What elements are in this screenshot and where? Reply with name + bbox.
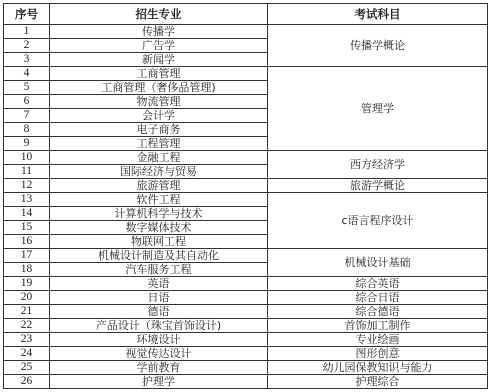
table-row: 26 护理学 护理综合 [4,375,488,389]
major-cell: 汽车服务工程 [50,263,268,277]
row-number: 10 [4,151,50,165]
major-cell: 软件工程 [50,193,268,207]
major-cell: 数字媒体技术 [50,221,268,235]
table-row: 21 德语 综合德语 [4,305,488,319]
major-cell: 护理学 [50,375,268,389]
exam-cell: 传播学概论 [268,25,488,67]
row-number: 18 [4,263,50,277]
exam-cell: 综合德语 [268,305,488,319]
row-number: 12 [4,179,50,193]
row-number: 24 [4,347,50,361]
table-row: 12 旅游管理 旅游学概论 [4,179,488,193]
exam-cell: 西方经济学 [268,151,488,179]
row-number: 1 [4,25,50,39]
row-number: 19 [4,277,50,291]
table-row: 24 视觉传达设计 图形创意 [4,347,488,361]
major-cell: 物联网工程 [50,235,268,249]
major-cell: 工程管理 [50,137,268,151]
row-number: 4 [4,67,50,81]
exam-cell: 管理学 [268,67,488,151]
row-number: 8 [4,123,50,137]
exam-cell: 护理综合 [268,375,488,389]
admissions-exam-table: 序号 招生专业 考试科目 1 传播学 传播学概论 2 广告学 3 新闻学 4 工… [3,3,488,389]
major-cell: 产品设计（珠宝首饰设计) [50,319,268,333]
header-row: 序号 招生专业 考试科目 [4,4,488,25]
major-cell: 视觉传达设计 [50,347,268,361]
exam-cell: 机械设计基础 [268,249,488,277]
major-cell: 日语 [50,291,268,305]
row-number: 14 [4,207,50,221]
row-number: 21 [4,305,50,319]
row-number: 5 [4,81,50,95]
header-exam: 考试科目 [268,4,488,25]
table-row: 17 机械设计制造及其自动化 机械设计基础 [4,249,488,263]
row-number: 7 [4,109,50,123]
row-number: 2 [4,39,50,53]
exam-cell: 旅游学概论 [268,179,488,193]
table-row: 10 金融工程 西方经济学 [4,151,488,165]
major-cell: 金融工程 [50,151,268,165]
exam-cell: 综合英语 [268,277,488,291]
table-row: 1 传播学 传播学概论 [4,25,488,39]
header-index: 序号 [4,4,50,25]
major-cell: 会计学 [50,109,268,123]
row-number: 9 [4,137,50,151]
row-number: 20 [4,291,50,305]
table-row: 25 学前教育 幼儿园保教知识与能力 [4,361,488,375]
table-row: 4 工商管理 管理学 [4,67,488,81]
row-number: 26 [4,375,50,389]
row-number: 23 [4,333,50,347]
row-number: 22 [4,319,50,333]
table-row: 23 环境设计 专业绘画 [4,333,488,347]
row-number: 11 [4,165,50,179]
row-number: 25 [4,361,50,375]
major-cell: 新闻学 [50,53,268,67]
major-cell: 物流管理 [50,95,268,109]
major-cell: 德语 [50,305,268,319]
major-cell: 学前教育 [50,361,268,375]
major-cell: 广告学 [50,39,268,53]
exam-cell: 图形创意 [268,347,488,361]
exam-cell: 专业绘画 [268,333,488,347]
row-number: 16 [4,235,50,249]
row-number: 6 [4,95,50,109]
major-cell: 环境设计 [50,333,268,347]
major-cell: 电子商务 [50,123,268,137]
table-row: 19 英语 综合英语 [4,277,488,291]
major-cell: 工商管理（奢侈品管理) [50,81,268,95]
major-cell: 工商管理 [50,67,268,81]
exam-cell: c语言程序设计 [268,193,488,249]
major-cell: 传播学 [50,25,268,39]
major-cell: 机械设计制造及其自动化 [50,249,268,263]
major-cell: 计算机科学与技术 [50,207,268,221]
major-cell: 英语 [50,277,268,291]
table-row: 20 日语 综合日语 [4,291,488,305]
exam-cell: 综合日语 [268,291,488,305]
exam-cell: 首饰加工制作 [268,319,488,333]
table-row: 22 产品设计（珠宝首饰设计) 首饰加工制作 [4,319,488,333]
row-number: 15 [4,221,50,235]
major-cell: 国际经济与贸易 [50,165,268,179]
exam-cell: 幼儿园保教知识与能力 [268,361,488,375]
row-number: 3 [4,53,50,67]
major-cell: 旅游管理 [50,179,268,193]
header-major: 招生专业 [50,4,268,25]
row-number: 17 [4,249,50,263]
table-row: 13 软件工程 c语言程序设计 [4,193,488,207]
row-number: 13 [4,193,50,207]
